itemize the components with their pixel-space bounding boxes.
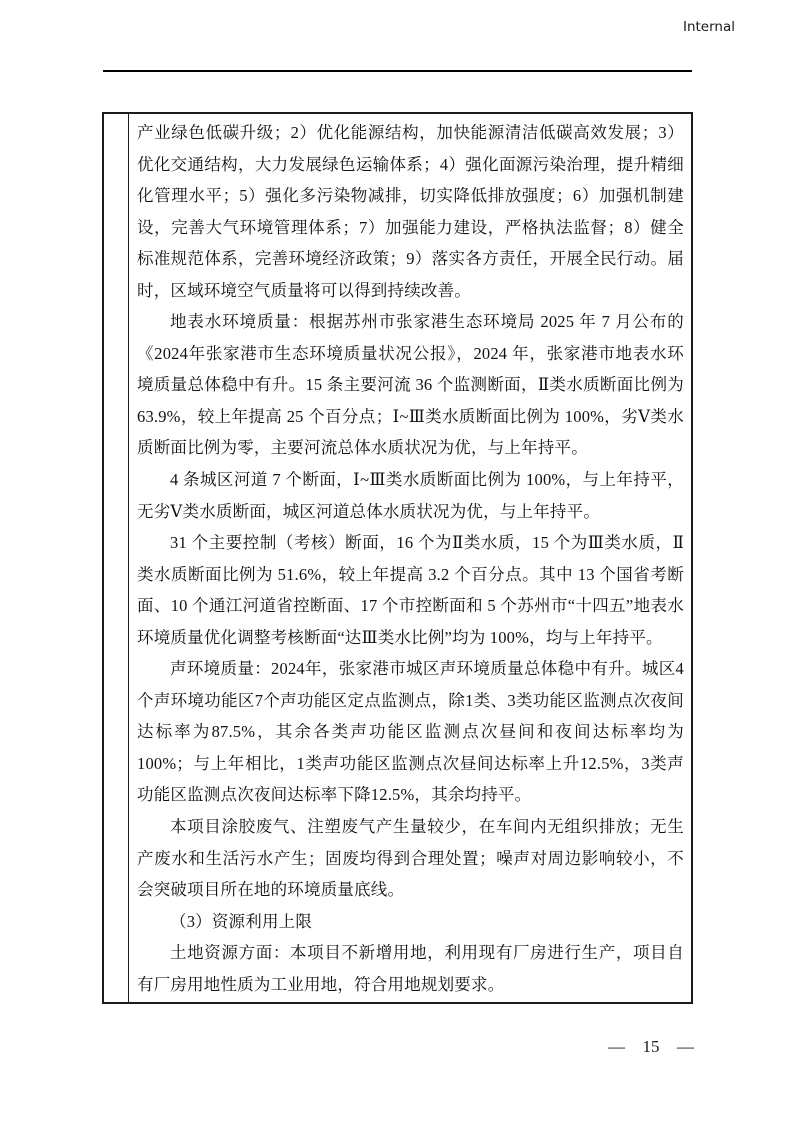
- footer-left-dash: —: [608, 1037, 625, 1057]
- paragraph-control-sections: 31 个主要控制（考核）断面，16 个为Ⅱ类水质，15 个为Ⅲ类水质，Ⅱ类水质断…: [137, 527, 684, 653]
- paragraph-urban-river-sections: 4 条城区河道 7 个断面，Ⅰ~Ⅲ类水质断面比例为 100%，与上年持平，无劣Ⅴ…: [137, 464, 684, 527]
- header-rule: [103, 70, 692, 72]
- table-content-cell: 产业绿色低碳升级；2）优化能源结构，加快能源清洁低碳高效发展；3）优化交通结构，…: [129, 114, 691, 1002]
- footer-right-dash: —: [677, 1037, 694, 1057]
- document-page: Internal 产业绿色低碳升级；2）优化能源结构，加快能源清洁低碳高效发展；…: [0, 0, 793, 1122]
- paragraph-land-resource: 土地资源方面：本项目不新增用地，利用现有厂房进行生产，项目自有厂房用地性质为工业…: [137, 937, 684, 1000]
- table-stub-column: [104, 114, 129, 1002]
- paragraph-surface-water-quality: 地表水环境质量：根据苏州市张家港生态环境局 2025 年 7 月公布的《2024…: [137, 306, 684, 464]
- paragraph-air-measures: 产业绿色低碳升级；2）优化能源结构，加快能源清洁低碳高效发展；3）优化交通结构，…: [137, 117, 684, 306]
- content-table: 产业绿色低碳升级；2）优化能源结构，加快能源清洁低碳高效发展；3）优化交通结构，…: [102, 112, 693, 1004]
- page-number: 15: [643, 1037, 660, 1057]
- paragraph-resource-limit-heading: （3）资源利用上限: [137, 906, 684, 938]
- paragraph-project-emissions: 本项目涂胶废气、注塑废气产生量较少，在车间内无组织排放；无生产废水和生活污水产生…: [137, 811, 684, 906]
- page-footer: — 15 —: [608, 1037, 694, 1057]
- internal-watermark-label: Internal: [683, 19, 735, 35]
- paragraph-acoustic-quality: 声环境质量：2024年，张家港市城区声环境质量总体稳中有升。城区4个声环境功能区…: [137, 653, 684, 811]
